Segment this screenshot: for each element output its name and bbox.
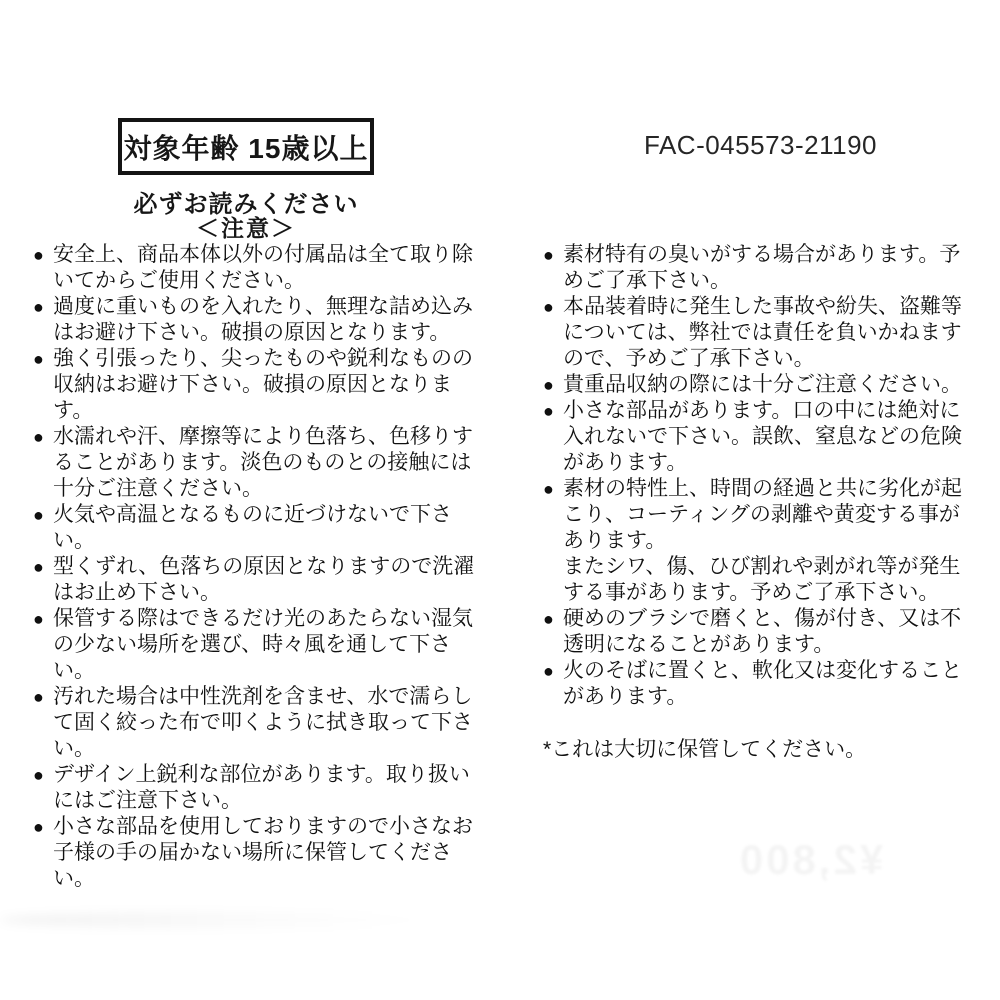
bullet-icon: ●: [33, 346, 53, 372]
age-restriction-label: 対象年齢 15歳以上: [124, 127, 369, 167]
notice-text: デザイン上鋭利な部位があります。取り扱いにはご注意下さい。: [53, 762, 485, 814]
notice-item: ● 貴重品収納の際には十分ご注意ください。: [543, 372, 973, 398]
notice-text: 小さな部品を使用しておりますので小さなお子様の手の届かない場所に保管してください…: [53, 814, 485, 892]
notice-text: 火のそばに置くと、軟化又は変化することがあります。: [563, 658, 973, 710]
product-code: FAC-045573-21190: [644, 130, 877, 161]
notice-item: ● 保管する際はできるだけ光のあたらない湿気の少ない場所を選び、時々風を通して下…: [33, 606, 485, 684]
bullet-icon: ●: [543, 606, 563, 632]
notice-item: ● 過度に重いものを入れたり、無理な詰め込みはお避け下さい。破損の原因となります…: [33, 294, 485, 346]
notice-text: 水濡れや汗、摩擦等により色落ち、色移りすることがあります。淡色のものとの接触には…: [53, 424, 485, 502]
notice-text: 素材の特性上、時間の経過と共に劣化が起こり、コーティングの剥離や黄変する事があり…: [563, 476, 973, 606]
notice-item: ● 硬めのブラシで磨くと、傷が付き、又は不透明になることがあります。: [543, 606, 973, 658]
bullet-icon: ●: [33, 294, 53, 320]
notice-text: 安全上、商品本体以外の付属品は全て取り除いてからご使用ください。: [53, 242, 485, 294]
bullet-icon: ●: [33, 424, 53, 450]
notice-text: 型くずれ、色落ちの原因となりますので洗濯はお止め下さい。: [53, 554, 485, 606]
notice-item: ● 素材特有の臭いがする場合があります。予めご了承下さい。: [543, 242, 973, 294]
price-showthrough-watermark: ¥2,800: [705, 836, 915, 884]
notice-text: 硬めのブラシで磨くと、傷が付き、又は不透明になることがあります。: [563, 606, 973, 658]
notice-item: ● 本品装着時に発生した事故や紛失、盗難等については、弊社では責任を負いかねます…: [543, 294, 973, 372]
bullet-icon: ●: [33, 684, 53, 710]
bullet-icon: ●: [543, 398, 563, 424]
bullet-icon: ●: [33, 814, 53, 840]
notice-item: ● 小さな部品を使用しておりますので小さなお子様の手の届かない場所に保管してくだ…: [33, 814, 485, 892]
bullet-icon: ●: [33, 242, 53, 268]
bullet-icon: ●: [543, 372, 563, 398]
notice-item: ● 水濡れや汗、摩擦等により色落ち、色移りすることがあります。淡色のものとの接触…: [33, 424, 485, 502]
notice-text: 過度に重いものを入れたり、無理な詰め込みはお避け下さい。破損の原因となります。: [53, 294, 485, 346]
notice-item: ● 火気や高温となるものに近づけないで下さい。: [33, 502, 485, 554]
notice-text: 小さな部品があります。口の中には絶対に入れないで下さい。誤飲、窒息などの危険があ…: [563, 398, 973, 476]
notice-item: ● 汚れた場合は中性洗剤を含ませ、水で濡らして固く絞った布で叩くように拭き取って…: [33, 684, 485, 762]
caution-sheet: 対象年齢 15歳以上 必ずお読みください ＜注意＞ FAC-045573-211…: [0, 0, 1000, 1000]
notice-text: 本品装着時に発生した事故や紛失、盗難等については、弊社では責任を負いかねますので…: [563, 294, 973, 372]
notice-text: 火気や高温となるものに近づけないで下さい。: [53, 502, 485, 554]
notice-item: ● 安全上、商品本体以外の付属品は全て取り除いてからご使用ください。: [33, 242, 485, 294]
bullet-icon: ●: [543, 242, 563, 268]
notice-text: 保管する際はできるだけ光のあたらない湿気の少ない場所を選び、時々風を通して下さい…: [53, 606, 485, 684]
notice-text: 汚れた場合は中性洗剤を含ませ、水で濡らして固く絞った布で叩くように拭き取って下さ…: [53, 684, 485, 762]
bullet-icon: ●: [543, 294, 563, 320]
age-restriction-box: 対象年齢 15歳以上: [118, 118, 374, 175]
scan-smudge: [0, 912, 430, 928]
notice-item: ● 強く引張ったり、尖ったものや鋭利なものの収納はお避け下さい。破損の原因となり…: [33, 346, 485, 424]
bullet-icon: ●: [33, 502, 53, 528]
bullet-icon: ●: [33, 606, 53, 632]
notice-item: ● 火のそばに置くと、軟化又は変化することがあります。: [543, 658, 973, 710]
notice-item: ● デザイン上鋭利な部位があります。取り扱いにはご注意下さい。: [33, 762, 485, 814]
notice-text: 貴重品収納の際には十分ご注意ください。: [563, 372, 973, 398]
notice-text: 素材特有の臭いがする場合があります。予めご了承下さい。: [563, 242, 973, 294]
bullet-icon: ●: [543, 476, 563, 502]
notice-item: ● 小さな部品があります。口の中には絶対に入れないで下さい。誤飲、窒息などの危険…: [543, 398, 973, 476]
keep-this-note: *これは大切に保管してください。: [543, 737, 973, 763]
bullet-icon: ●: [543, 658, 563, 684]
caution-title: ＜注意＞: [88, 210, 404, 243]
notices-left-column: ● 安全上、商品本体以外の付属品は全て取り除いてからご使用ください。 ● 過度に…: [33, 242, 485, 892]
notice-item: ● 型くずれ、色落ちの原因となりますので洗濯はお止め下さい。: [33, 554, 485, 606]
notice-text: 強く引張ったり、尖ったものや鋭利なものの収納はお避け下さい。破損の原因となります…: [53, 346, 485, 424]
notices-right-column: ● 素材特有の臭いがする場合があります。予めご了承下さい。 ● 本品装着時に発生…: [543, 242, 973, 763]
notice-item: ● 素材の特性上、時間の経過と共に劣化が起こり、コーティングの剥離や黄変する事が…: [543, 476, 973, 606]
bullet-icon: ●: [33, 554, 53, 580]
bullet-icon: ●: [33, 762, 53, 788]
